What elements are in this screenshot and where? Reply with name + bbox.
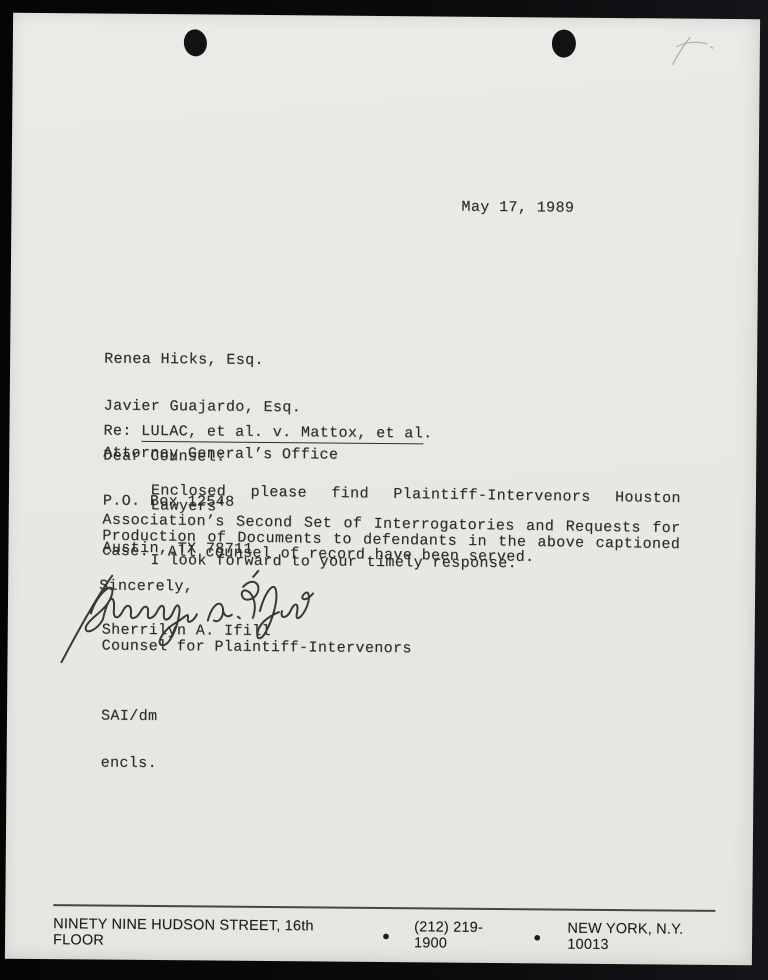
footer-street-address: NINETY NINE HUDSON STREET, 16th FLOOR: [53, 916, 342, 951]
case-citation: LULAC, et al. v. Mattox, et al: [141, 423, 423, 444]
re-suffix: .: [423, 425, 433, 442]
recipient-line: Javier Guajardo, Esq.: [104, 399, 339, 417]
reference-notations: SAI/dm encls.: [100, 677, 158, 804]
pencil-mark-annotation: [665, 32, 719, 72]
hole-punch-right-icon: [552, 29, 576, 57]
handwritten-signature: [56, 565, 319, 671]
reference-initials: SAI/dm: [101, 708, 158, 724]
footer-phone-number: (212) 219-1900: [414, 919, 508, 952]
letterhead-footer-rule: [53, 904, 715, 912]
enclosure-notation: encls.: [101, 756, 158, 772]
re-subject-line: Re: LULAC, et al. v. Mattox, et al.: [103, 424, 432, 443]
letter-date: May 17, 1989: [461, 200, 574, 217]
letter-page: May 17, 1989 Renea Hicks, Esq. Javier Gu…: [5, 13, 760, 965]
footer-city-zip: NEW YORK, N.Y. 10013: [567, 921, 715, 954]
re-prefix: Re:: [103, 423, 141, 440]
recipient-line: Renea Hicks, Esq.: [104, 351, 339, 369]
hole-punch-left-icon: [182, 28, 208, 58]
scanned-letter: May 17, 1989 Renea Hicks, Esq. Javier Gu…: [0, 0, 768, 980]
salutation: Dear Counsel:: [103, 449, 225, 466]
bullet-separator-icon: ●: [533, 929, 541, 944]
letterhead-footer: NINETY NINE HUDSON STREET, 16th FLOOR ● …: [53, 916, 715, 954]
bullet-separator-icon: ●: [382, 928, 390, 943]
